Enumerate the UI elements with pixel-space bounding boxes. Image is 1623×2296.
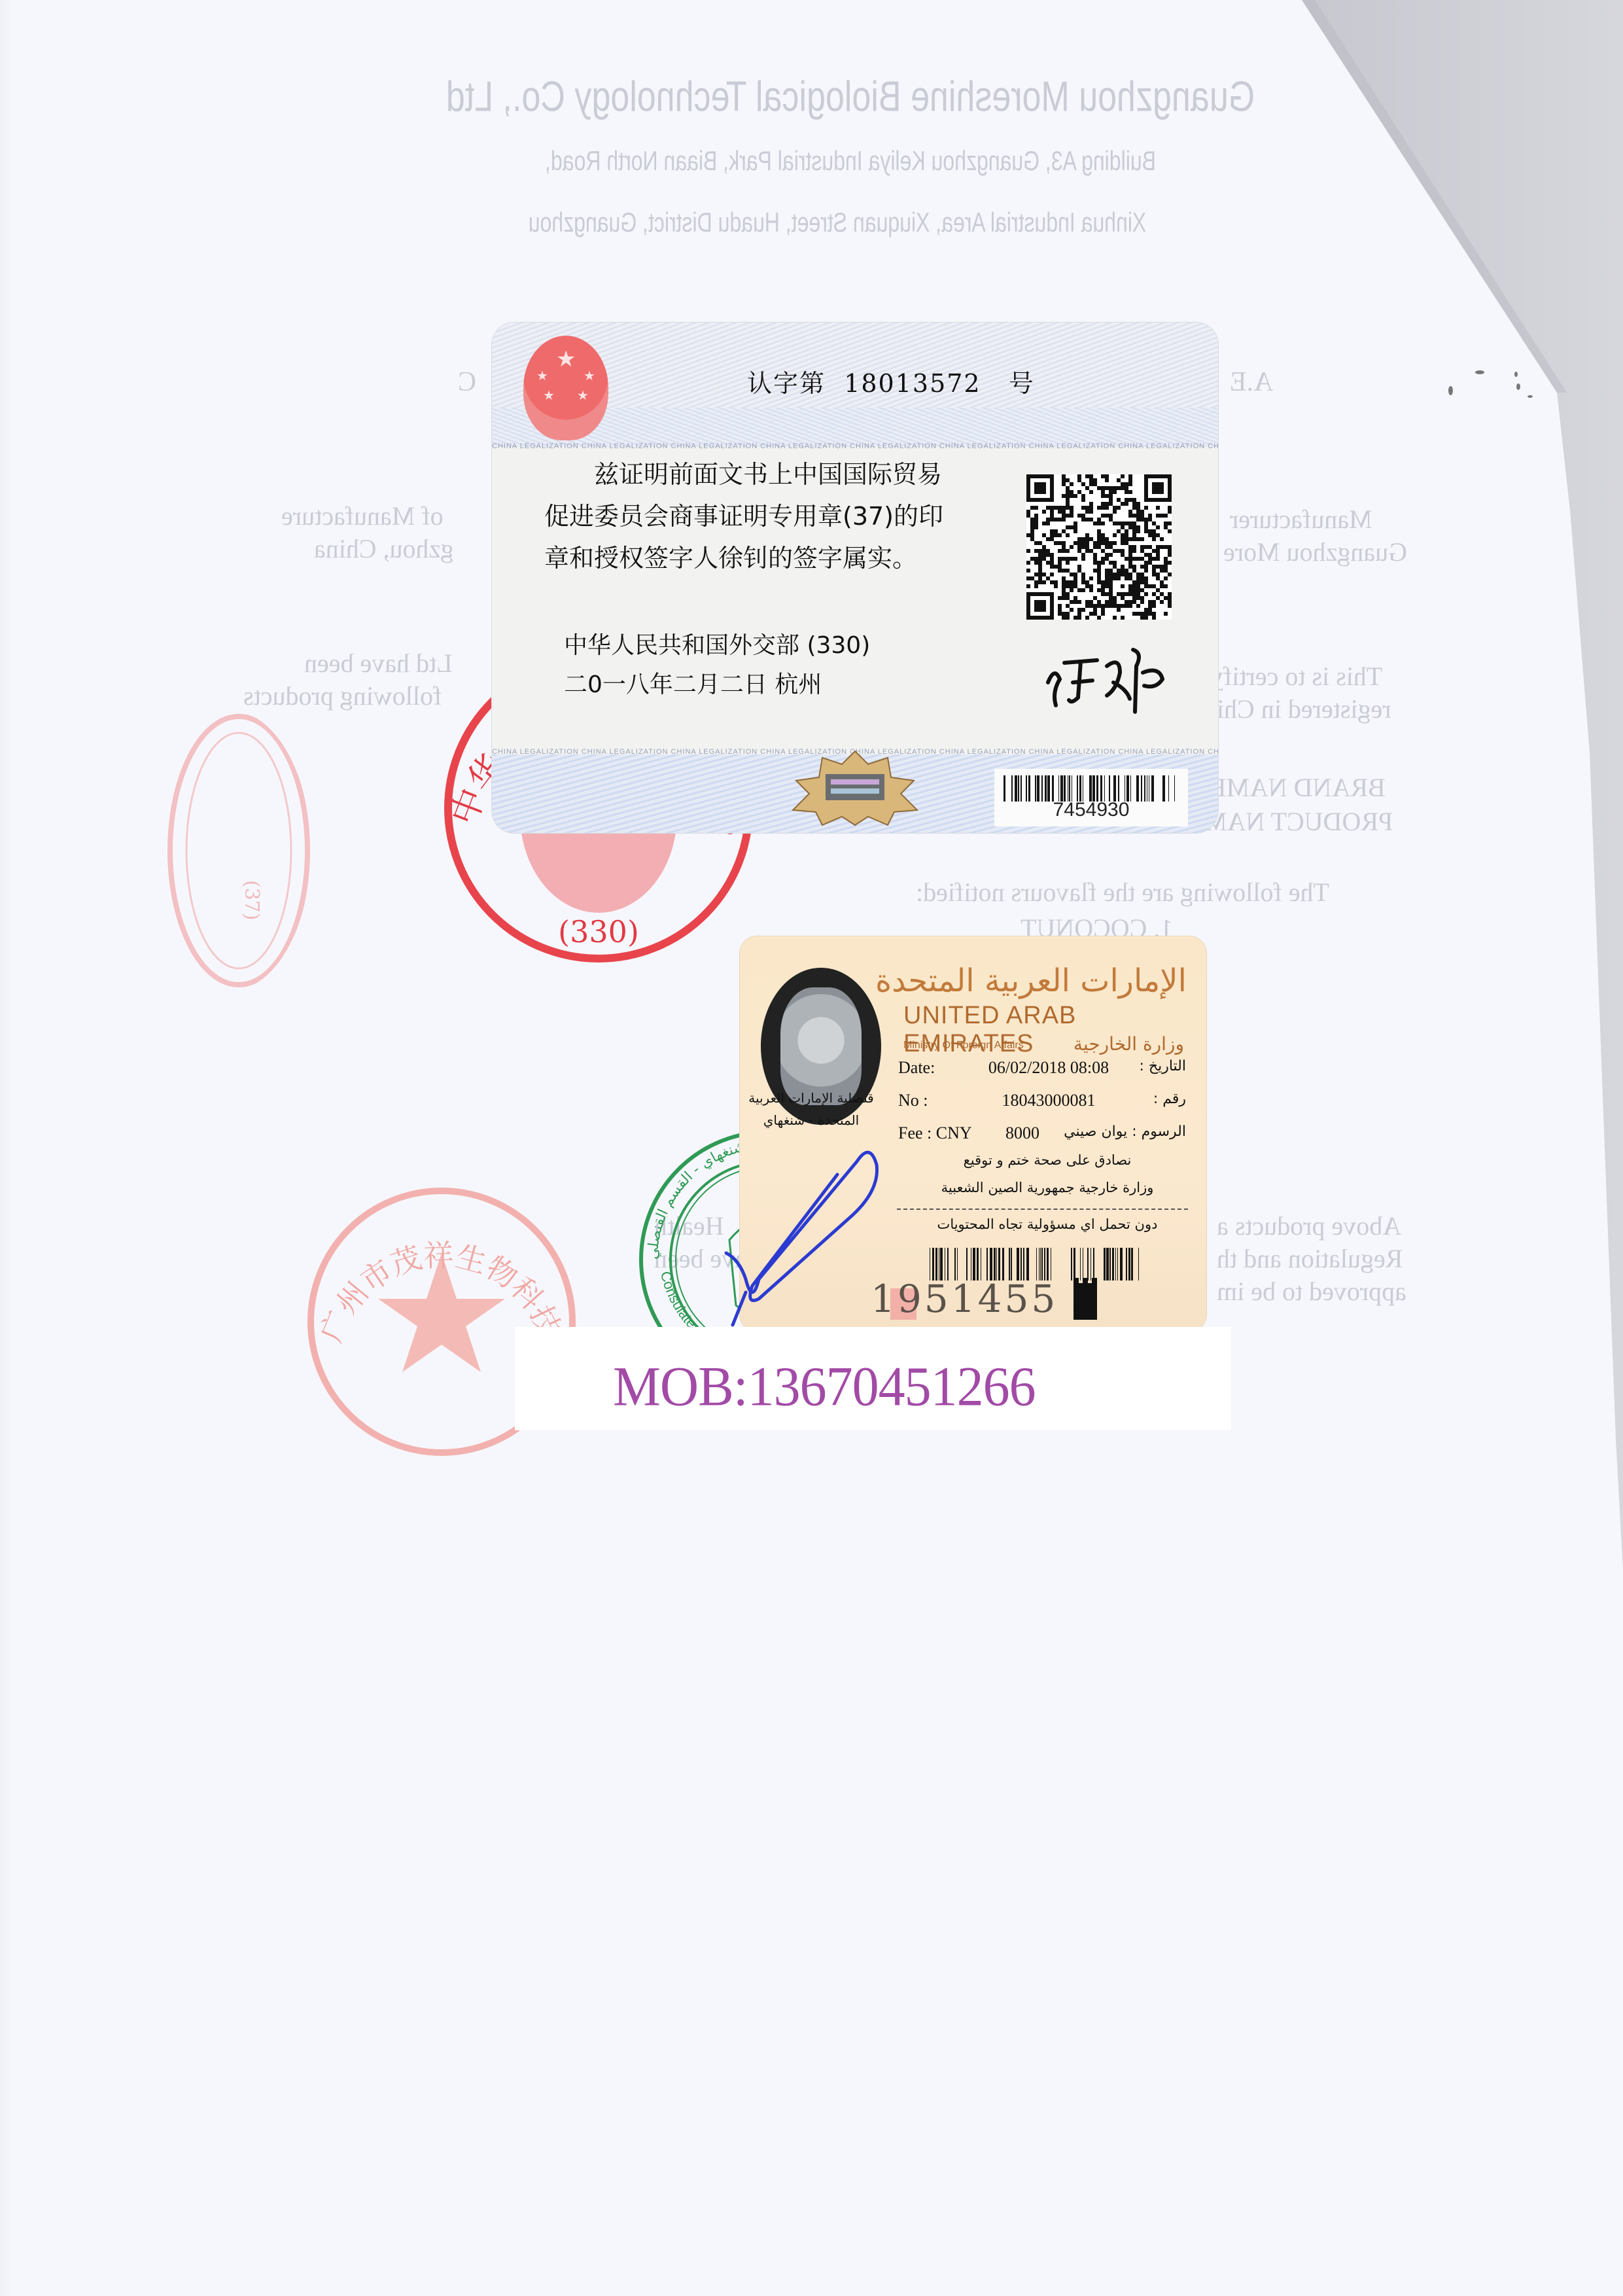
ccpit-stamp-faint: (37) bbox=[147, 710, 311, 991]
bleed-address-line-2: Xinhua Industrial Area, Xiuquan Street, … bbox=[458, 207, 1217, 238]
bleed-product-name: PRODUCT NAM bbox=[1204, 806, 1393, 837]
svg-text:(37): (37) bbox=[240, 880, 263, 921]
bleed-certify-line-2: registered in Chin bbox=[1204, 694, 1391, 724]
ministry-arabic: وزارة الخارجية bbox=[1073, 1033, 1184, 1055]
uae-title-arabic: الإمارات العربية المتحدة bbox=[875, 963, 1187, 999]
divider bbox=[897, 1209, 1188, 1210]
bleed-place-city: gzhou, China bbox=[314, 533, 453, 564]
disclaimer-arabic: دون تحمل اي مسؤولية تجاه المحتويات bbox=[910, 1216, 1185, 1232]
hologram-seal-icon bbox=[780, 748, 930, 826]
bleed-certify-right-2: following products bbox=[243, 680, 442, 711]
bleed-certify-line-1: This is to certify bbox=[1210, 661, 1382, 692]
bleed-manufacturer-value: Guangzhou More bbox=[1223, 537, 1407, 567]
bleed-company-name: Guangzhou Moreshine Biological Technolog… bbox=[419, 73, 1282, 122]
certification-arabic-1: نصادق على صحة ختم و توقيع bbox=[910, 1152, 1185, 1168]
bleed-certify-right-1: Ltd have been bbox=[304, 648, 453, 679]
scan-specks bbox=[1446, 366, 1550, 406]
sticker-barcode: 7454930 bbox=[994, 769, 1188, 826]
contact-watermark-label: MOB:13670451266 bbox=[515, 1327, 1231, 1430]
bleed-flavours-intro: The following are the flavours notified: bbox=[916, 877, 1329, 908]
bleed-closing-line-1: Above products a bbox=[1217, 1210, 1401, 1241]
bleed-place-of-manufacture: of Manufacture bbox=[281, 501, 444, 531]
qr-code-icon bbox=[1026, 474, 1172, 620]
china-legalization-sticker: CHINA LEGALIZATION CHINA LEGALIZATION CH… bbox=[492, 323, 1218, 833]
fort-tower-icon bbox=[1073, 1283, 1097, 1320]
bleed-title-fragment-left: C bbox=[458, 366, 476, 398]
bleed-address-line-1: Building A3, Guangzhou Keliya Industrial… bbox=[484, 145, 1217, 177]
page-left-edge bbox=[0, 0, 12, 2296]
ministry-english: Ministry Of Foreign Affairs bbox=[903, 1040, 1024, 1051]
bleed-title-fragment-right: A.E bbox=[1230, 366, 1274, 398]
official-signature bbox=[1035, 637, 1192, 715]
bleed-brand-name: BRAND NAME bbox=[1210, 772, 1386, 803]
certification-statement: 兹证明前面文书上中国国际贸易 促进委员会商事证明专用章(37)的印 章和授权签字… bbox=[544, 453, 976, 579]
issue-date-place: 二0一八年二月二日 杭州 bbox=[564, 666, 822, 699]
document-page: Guangzhou Moreshine Biological Technolog… bbox=[0, 0, 1623, 2296]
uae-barcode bbox=[930, 1248, 1145, 1280]
svg-text:(330): (330) bbox=[558, 914, 639, 949]
consulate-name-arabic: قنصلية الإمارات العربية المتحدة - شنغهاي bbox=[740, 1087, 882, 1131]
consul-pen-signature bbox=[707, 1135, 903, 1332]
certificate-number: 认字第 18013572 号 bbox=[747, 363, 1035, 399]
security-band-top: CHINA LEGALIZATION CHINA LEGALIZATION CH… bbox=[492, 442, 1218, 450]
bleed-closing-line-2: Regulation and th bbox=[1217, 1243, 1403, 1274]
bleed-closing-line-3: approved to be im bbox=[1217, 1276, 1406, 1307]
bleed-manufacturer-label: Manufacturer bbox=[1230, 504, 1372, 535]
certification-arabic-2: وزارة خارجية جمهورية الصين الشعبية bbox=[910, 1180, 1185, 1195]
issuing-authority: 中华人民共和国外交部 (330) bbox=[564, 627, 870, 660]
prc-national-emblem-icon: ★ ★ ★ ★ ★ bbox=[523, 336, 608, 440]
